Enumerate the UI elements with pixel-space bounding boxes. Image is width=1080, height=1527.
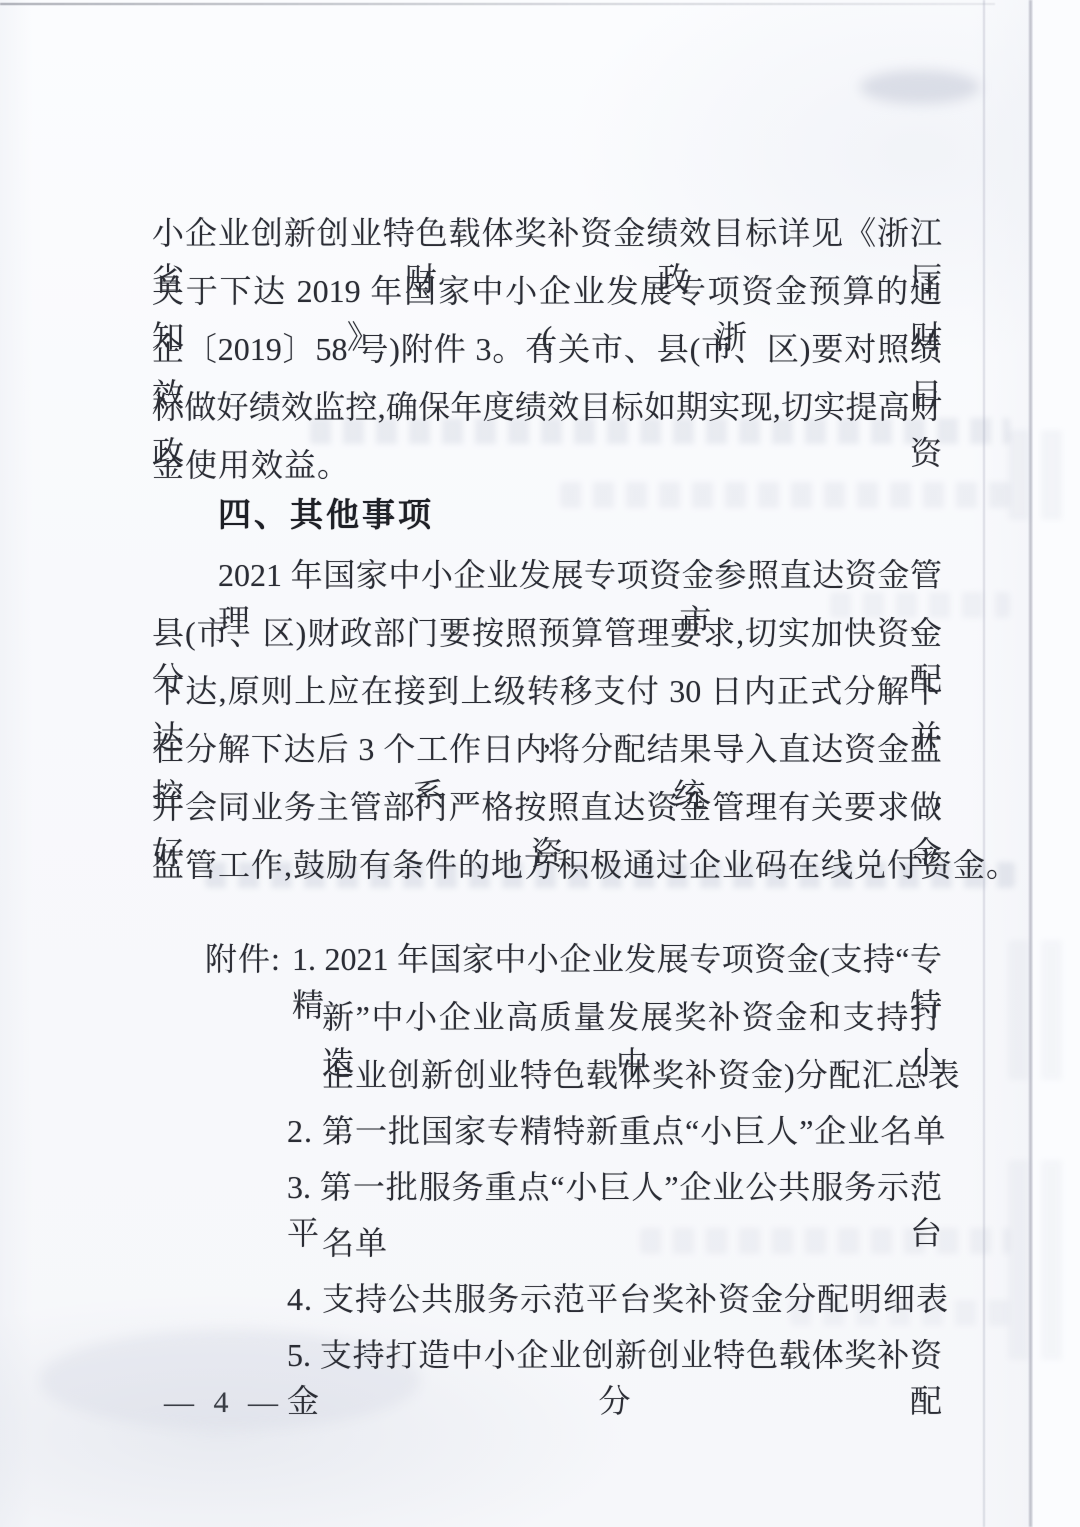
scan-vertical-line-artifact: [1029, 0, 1032, 1527]
bleed-through-artifact: [1008, 430, 1068, 520]
attachment-item-line: 5. 支持打造中小企业创新创业特色载体奖补资金分配: [287, 1332, 942, 1424]
page-number: — 4 —: [164, 1380, 284, 1426]
bleed-through-artifact: [1008, 940, 1068, 1080]
attachment-item-line: 名单: [322, 1220, 388, 1266]
scan-smudge-artifact: [860, 70, 980, 104]
section-heading: 四、其他事项: [218, 492, 434, 538]
bleed-through-artifact: [1008, 1160, 1068, 1360]
attachment-item-line: 2. 第一批国家专精特新重点“小巨人”企业名单: [287, 1108, 946, 1154]
scan-right-strip: [1033, 0, 1080, 1527]
attachment-item-line: 企业创新创业特色载体奖补资金)分配汇总表: [322, 1052, 961, 1098]
paragraph-line: 金使用效益。: [152, 442, 350, 488]
attachments-label: 附件:: [205, 936, 281, 982]
attachment-item-line: 4. 支持公共服务示范平台奖补资金分配明细表: [287, 1276, 949, 1322]
paragraph-line: 监管工作,鼓励有条件的地方积极通过企业码在线兑付资金。: [152, 842, 1019, 888]
document-page: 小企业创新创业特色载体奖补资金绩效目标详见《浙江省财政厅 关于下达 2019 年…: [0, 0, 1080, 1527]
scan-top-edge-artifact: [0, 3, 995, 5]
bleed-through-artifact: [560, 482, 1010, 508]
scan-vertical-line-artifact: [983, 0, 985, 1527]
